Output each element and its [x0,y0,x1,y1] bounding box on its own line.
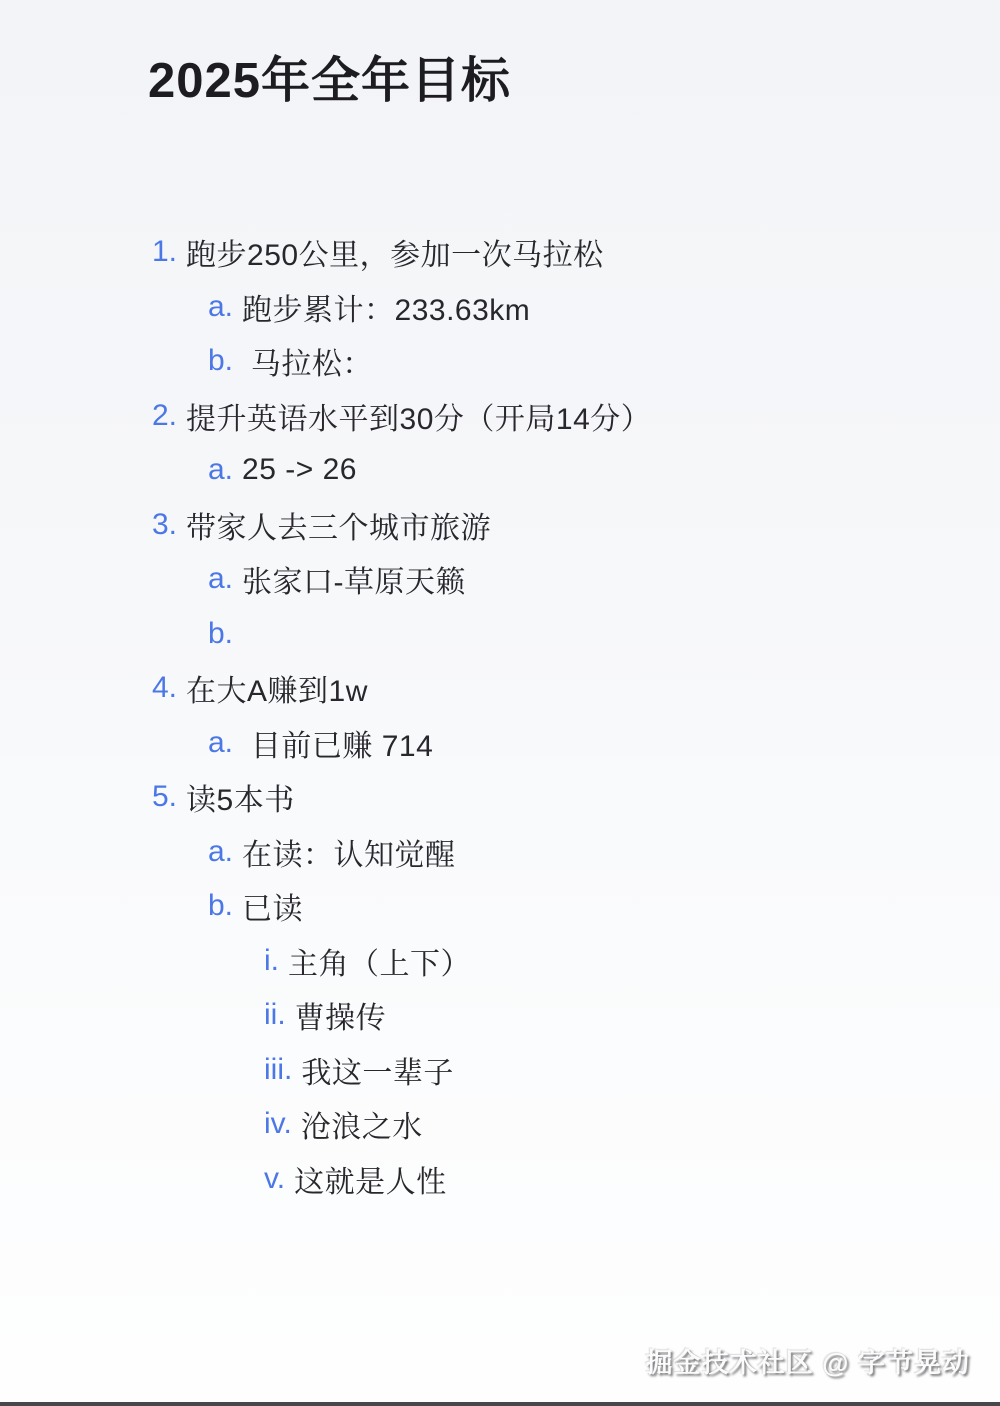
list-item: b. 已读 [152,879,1000,934]
list-marker: a. [208,453,233,487]
list-text: 目前已赚 714 [242,721,433,765]
list-text: 我这一辈子 [301,1048,454,1092]
list-marker: b. [208,617,233,651]
list-item: iii. 我这一辈子 [152,1043,1000,1098]
list-item: 3. 带家人去三个城市旅游 [152,498,1000,553]
bottom-bar [0,1402,1000,1406]
list-item: b. [152,607,1000,662]
list-marker: ii. [264,998,286,1032]
list-text: 张家口-草原天籁 [242,557,466,601]
list-item: 1. 跑步250公里，参加一次马拉松 [152,225,1000,280]
list-item: a. 在读：认知觉醒 [152,825,1000,880]
list-item: a. 跑步累计：233.63km [152,280,1000,335]
list-marker: v. [264,1162,285,1196]
list-text: 跑步累计：233.63km [242,285,530,329]
list-item: ii. 曹操传 [152,988,1000,1043]
list-item: b. 马拉松： [152,334,1000,389]
list-item: 2. 提升英语水平到30分（开局14分） [152,389,1000,444]
list-text: 25 -> 26 [242,453,357,487]
list-marker: 3. [152,508,177,542]
list-text: 在大A赚到1w [186,666,368,710]
document-page: 2025年全年目标 1. 跑步250公里，参加一次马拉松 a. 跑步累计：233… [0,0,1000,1406]
list-item: iv. 沧浪之水 [152,1097,1000,1152]
list-item: a. 25 -> 26 [152,443,1000,498]
list-text: 马拉松： [242,339,373,383]
list-marker: 4. [152,671,177,705]
list-item: 5. 读5本书 [152,770,1000,825]
list-text: 主角（上下） [288,939,471,983]
list-marker: 2. [152,399,177,433]
list-marker: a. [208,726,233,760]
list-text: 曹操传 [295,993,387,1037]
list-text: 沧浪之水 [301,1102,423,1146]
list-item: v. 这就是人性 [152,1152,1000,1207]
list-marker: b. [208,889,233,923]
list-marker: a. [208,835,233,869]
list-item: i. 主角（上下） [152,934,1000,989]
list-text: 带家人去三个城市旅游 [186,503,491,547]
list-marker: a. [208,562,233,596]
list-text: 提升英语水平到30分（开局14分） [186,394,651,438]
list-marker: i. [264,944,279,978]
list-marker: iv. [264,1107,292,1141]
list-text: 这就是人性 [294,1157,447,1201]
list-text: 已读 [242,884,303,928]
list-text: 读5本书 [186,775,295,819]
list-item: a. 目前已赚 714 [152,716,1000,771]
list-marker: 1. [152,235,177,269]
page-title: 2025年全年目标 [0,0,1000,110]
list-item: 4. 在大A赚到1w [152,661,1000,716]
goal-outline: 1. 跑步250公里，参加一次马拉松 a. 跑步累计：233.63km b. 马… [0,225,1000,1206]
list-item: a. 张家口-草原天籁 [152,552,1000,607]
list-text: 跑步250公里，参加一次马拉松 [186,230,604,274]
list-text: 在读：认知觉醒 [242,830,456,874]
list-marker: b. [208,344,233,378]
list-marker: a. [208,290,233,324]
list-marker: iii. [264,1053,292,1087]
watermark: 掘金技术社区 @ 字节晃动 [646,1341,970,1380]
list-marker: 5. [152,780,177,814]
